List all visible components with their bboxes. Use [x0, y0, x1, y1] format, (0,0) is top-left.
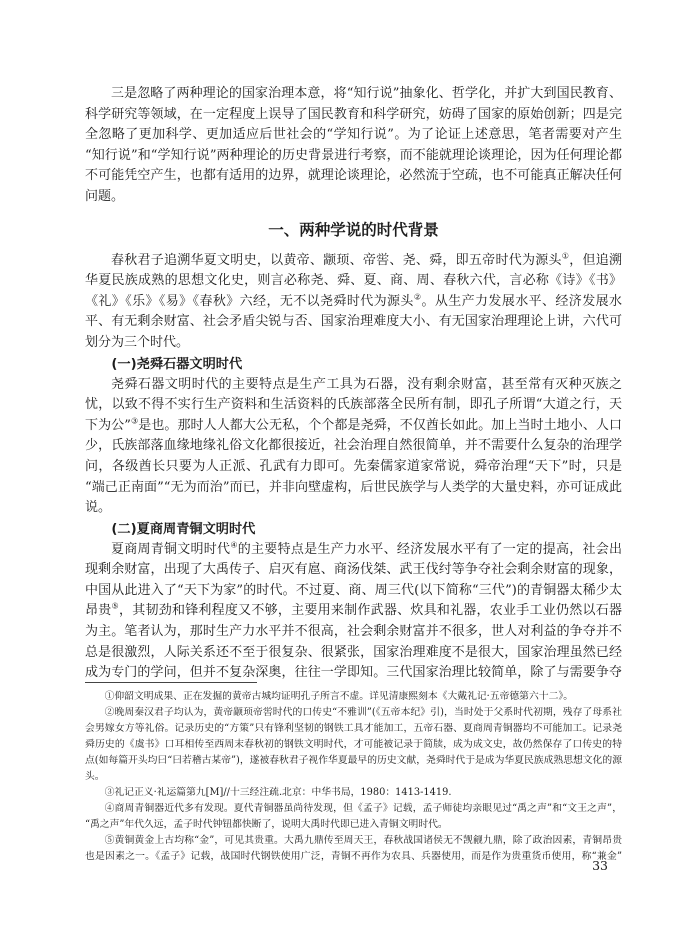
footnote-reference: ② — [414, 292, 422, 301]
article-body: 三是忽略了两种理论的国家治理本意，将“知行说”抽象化、哲学化，并扩大到国民教育、… — [85, 84, 622, 682]
footnote-reference: ⑤ — [112, 602, 119, 611]
subsection-heading-1: (一)尧舜石器文明时代 — [85, 354, 622, 375]
footnote-reference: ① — [562, 251, 569, 260]
section-heading: 一、两种学说的时代背景 — [85, 221, 622, 240]
footnote-item: ④商周青铜器近代多有发现。夏代青铜器虽尚待发现，但《孟子》记载，孟子师徒均亲眼见… — [85, 801, 622, 833]
footnote-item: ②晚周秦汉君子均认为，黄帝颛顼帝喾时代的口传史“不雅训”(《五帝本纪》引)，当时… — [85, 705, 622, 785]
document-page: 三是忽略了两种理论的国家治理本意，将“知行说”抽象化、哲学化，并扩大到国民教育、… — [0, 0, 700, 943]
footnote-divider — [85, 682, 257, 683]
subsection1-paragraph: 尧舜石器文明时代的主要特点是生产工具为石器，没有剩余财富，甚至常有灭种灭族之忧，… — [85, 375, 622, 519]
footnotes-block: ①仰韶文明成果、正在发掘的黄帝古城均证明孔子所言不虚。详见清康熙刻本《大戴礼记·… — [85, 682, 622, 864]
footnote-item: ①仰韶文明成果、正在发掘的黄帝古城均证明孔子所言不虚。详见清康熙刻本《大戴礼记·… — [85, 689, 622, 705]
footnote-reference: ④ — [230, 540, 237, 549]
background-paragraph: 春秋君子追溯华夏文明史，以黄帝、颛顼、帝喾、尧、舜，即五帝时代为源头①，但追溯华… — [85, 251, 622, 354]
footnote-item: ③礼记正义·礼运篇第九[M]//十三经注疏.北京：中华书局，1980：1413-… — [85, 785, 622, 801]
intro-paragraph: 三是忽略了两种理论的国家治理本意，将“知行说”抽象化、哲学化，并扩大到国民教育、… — [85, 84, 622, 208]
footnote-item: ⑤黄铜黄金上古均称“金”，可见其贵重。大禹九鼎传至周天王，春秋战国诸侯无不觊觎九… — [85, 833, 622, 864]
footnote-reference: ③ — [131, 416, 138, 425]
page-number: 33 — [592, 858, 608, 873]
subsection2-paragraph: 夏商周青铜文明时代④的主要特点是生产力水平、经济发展水平有了一定的提高，社会出现… — [85, 540, 622, 682]
subsection-heading-2: (二)夏商周青铜文明时代 — [85, 519, 622, 540]
